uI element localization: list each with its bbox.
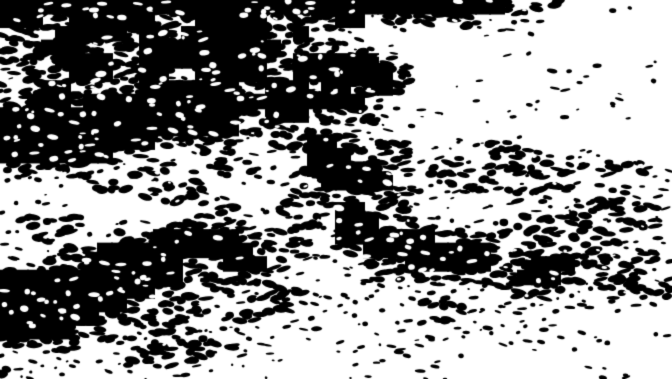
- dalmatian-illusion-image: [0, 0, 672, 379]
- dalmatian-illusion-figure: [0, 0, 672, 379]
